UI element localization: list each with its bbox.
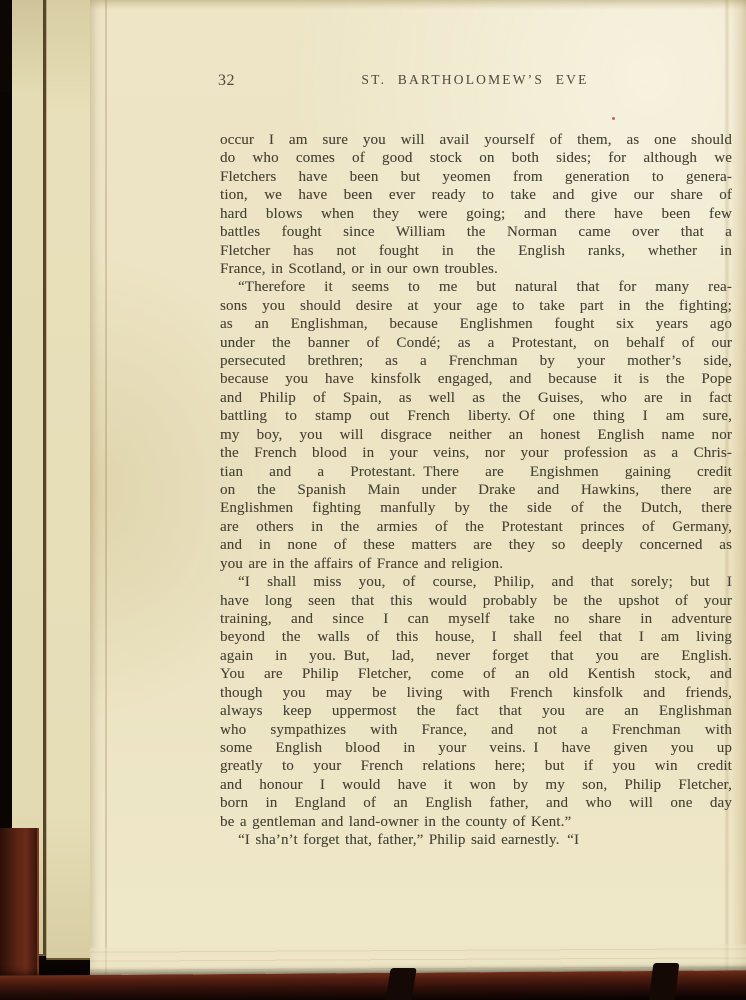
text-line: France, in Scotland, or in our own troub…: [220, 260, 732, 278]
cover-shadow-notch: [649, 963, 680, 1000]
text-line: be a gentleman and land-owner in the cou…: [220, 813, 732, 831]
book-page: 32 ST. BARTHOLOMEW’S EVE occur I am sure…: [90, 0, 746, 978]
text-line: as an Englishman, because Englishmen fou…: [220, 315, 732, 333]
text-line: under the banner of Condé; as a Protesta…: [220, 334, 732, 352]
page-edge-stack-inner: [46, 0, 94, 960]
text-line: sons you should desire at your age to ta…: [220, 297, 732, 315]
text-line: battles fought since William the Norman …: [220, 223, 732, 241]
book-photograph: 32 ST. BARTHOLOMEW’S EVE occur I am sure…: [0, 0, 746, 1000]
paragraph: “I shall miss you, of course, Philip, an…: [220, 573, 732, 831]
running-head: 32 ST. BARTHOLOMEW’S EVE: [218, 72, 732, 94]
paragraph: occur I am sure you will avail yourself …: [220, 131, 732, 278]
text-line: the French blood in your veins, nor your…: [220, 444, 732, 462]
text-line: tion, we have been ever ready to take an…: [220, 186, 732, 204]
text-line: my boy, you will disgrace neither an hon…: [220, 426, 732, 444]
text-line: because you have kinsfolk engaged, and b…: [220, 370, 732, 388]
text-line: greatly to your French relations here; b…: [220, 757, 732, 775]
text-line: some English blood in your veins. I have…: [220, 739, 732, 757]
text-line: persecuted brethren; as a Frenchman by y…: [220, 352, 732, 370]
text-line: Fletchers have been but yeomen from gene…: [220, 168, 732, 186]
text-line: who sympathizes with France, and not a F…: [220, 721, 732, 739]
page-edge-stack-outer: [12, 0, 46, 956]
paper-speck: [612, 117, 615, 120]
page-number: 32: [218, 72, 235, 90]
book-cover-left: [0, 828, 39, 1000]
page-gutter-line: [105, 0, 107, 976]
text-line: do who comes of good stock on both sides…: [220, 149, 732, 167]
text-line: “I shall miss you, of course, Philip, an…: [220, 573, 732, 591]
text-line: Englishmen fighting manfully by the side…: [220, 499, 732, 517]
text-line: beyond the walls of this house, I shall …: [220, 628, 732, 646]
text-line: and Philip of Spain, as well as the Guis…: [220, 389, 732, 407]
text-line: occur I am sure you will avail yourself …: [220, 131, 732, 149]
book-cover-bottom: [0, 970, 746, 1000]
paragraph: “Therefore it seems to me but natural th…: [220, 278, 732, 573]
text-line: you are in the affairs of France and rel…: [220, 555, 732, 573]
text-line: tian and a Protestant. There are Engishm…: [220, 463, 732, 481]
text-line: are others in the armies of the Protesta…: [220, 518, 732, 536]
text-line: “I sha’n’t forget that, father,” Philip …: [220, 831, 732, 849]
text-line: training, and since I can myself take no…: [220, 610, 732, 628]
text-line: though you may be living with French kin…: [220, 684, 732, 702]
text-line: You are Philip Fletcher, come of an old …: [220, 665, 732, 683]
running-header-title: ST. BARTHOLOMEW’S EVE: [218, 72, 732, 88]
text-line: on the Spanish Main under Drake and Hawk…: [220, 481, 732, 499]
cover-shadow-notch: [385, 968, 416, 1000]
text-line: and in none of these matters are they so…: [220, 536, 732, 554]
text-line: always keep uppermost the fact that you …: [220, 702, 732, 720]
text-line: hard blows when they were going; and the…: [220, 205, 732, 223]
text-line: again in you. But, lad, never forget tha…: [220, 647, 732, 665]
text-line: “Therefore it seems to me but natural th…: [220, 278, 732, 296]
paragraph: “I sha’n’t forget that, father,” Philip …: [220, 831, 732, 849]
text-line: Fletcher has not fought in the English r…: [220, 242, 732, 260]
text-line: battling to stamp out French liberty. Of…: [220, 407, 732, 425]
page-text: occur I am sure you will avail yourself …: [220, 131, 732, 849]
text-line: born in England of an English father, an…: [220, 794, 732, 812]
text-line: and honour I would have it won by my son…: [220, 776, 732, 794]
text-line: have long seen that this would probably …: [220, 592, 732, 610]
